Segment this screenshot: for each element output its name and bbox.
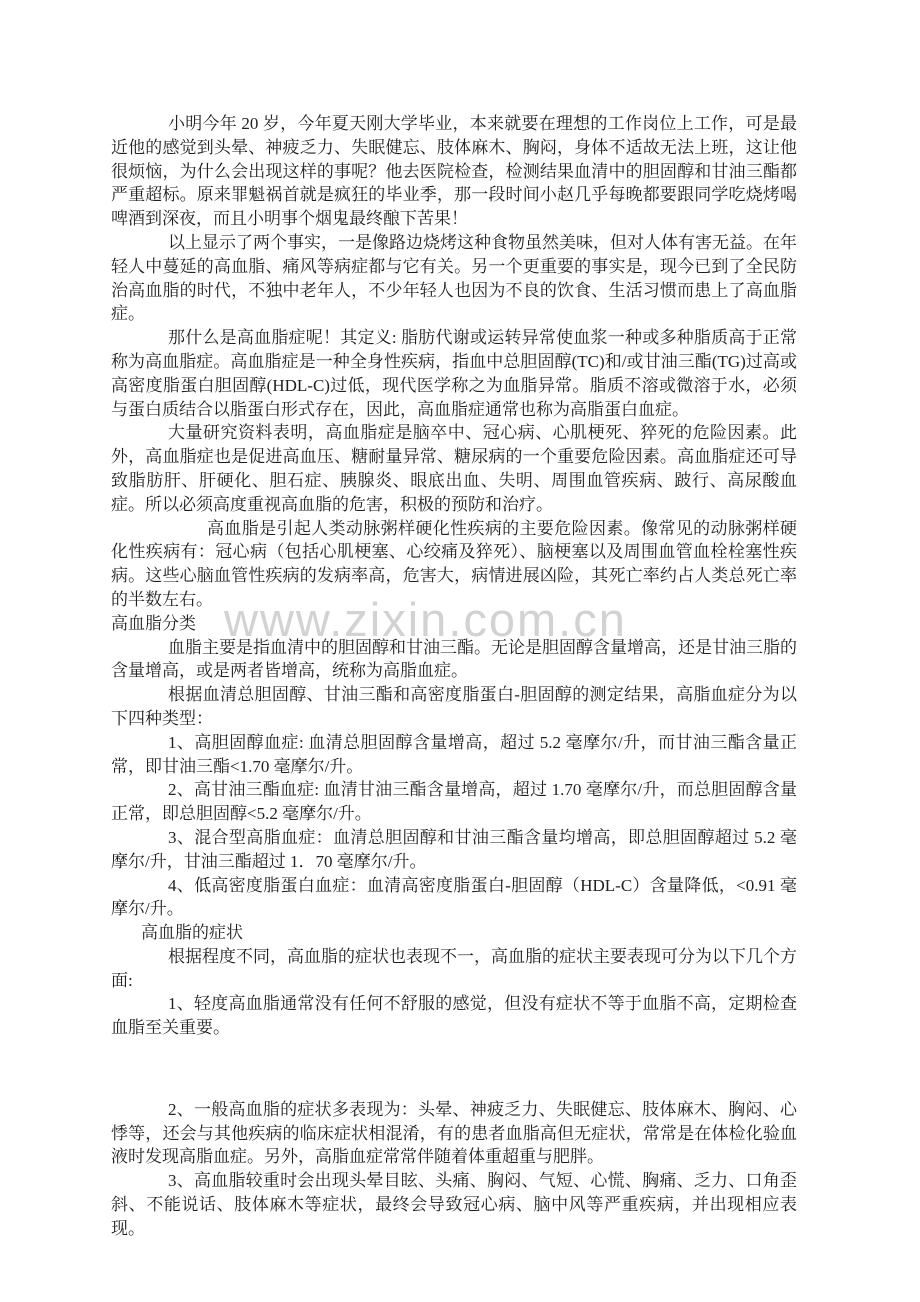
list-item-symptom-3: 3、高血脂较重时会出现头晕目眩、头痛、胸闷、气短、心慌、胸痛、乏力、口角歪斜、不… <box>111 1169 797 1240</box>
heading-symptoms: 高血脂的症状 <box>111 921 797 945</box>
paragraph-four-types-lead-in: 根据血清总胆固醇、甘油三酯和高密度脂蛋白-胆固醇的测定结果，高脂血症分为以下四种… <box>111 683 797 731</box>
document-page: www.zixin.com.cn 小明今年 20 岁，今年夏天刚大学毕业，本来就… <box>0 0 920 1302</box>
list-item-type-2: 2、高甘油三酯血症: 血清甘油三酯含量增高，超过 1.70 毫摩尔/升，而总胆固… <box>111 778 797 826</box>
list-item-type-3: 3、混合型高脂血症：血清总胆固醇和甘油三酯含量均增高，即总胆固醇超过 5.2 毫… <box>111 826 797 874</box>
heading-classification: 高血脂分类 <box>111 612 797 636</box>
paragraph-two-facts: 以上显示了两个事实，一是像路边烧烤这种食物虽然美味，但对人体有害无益。在年轻人中… <box>111 231 797 326</box>
blank-line <box>111 1057 797 1081</box>
paragraph-research-risks: 大量研究资料表明，高血脂症是脑卒中、冠心病、心肌梗死、猝死的危险因素。此外，高血… <box>111 421 797 516</box>
list-item-type-4: 4、低高密度脂蛋白血症：血清高密度脂蛋白-胆固醇（HDL-C）含量降低，<0.9… <box>111 874 797 922</box>
paragraph-blood-lipid-overview: 血脂主要是指血清中的胆固醇和甘油三酯。无论是胆固醇含量增高，还是甘油三脂的含量增… <box>111 636 797 684</box>
list-item-symptom-1: 1、轻度高血脂通常没有任何不舒服的感觉，但没有症状不等于血脂不高，定期检查血脂至… <box>111 992 797 1040</box>
paragraph-atherosclerosis: 高血脂是引起人类动脉粥样硬化性疾病的主要危险因素。像常见的动脉粥样硬化性疾病有：… <box>111 517 797 612</box>
list-item-type-1: 1、高胆固醇血症: 血清总胆固醇含量增高，超过 5.2 毫摩尔/升，而甘油三酯含… <box>111 731 797 779</box>
paragraph-symptoms-lead-in: 根据程度不同，高血脂的症状也表现不一，高血脂的症状主要表现可分为以下几个方面: <box>111 945 797 993</box>
list-item-symptom-2: 2、一般高血脂的症状多表现为：头晕、神疲乏力、失眠健忘、肢体麻木、胸闷、心悸等，… <box>111 1098 797 1169</box>
document-body: 小明今年 20 岁，今年夏天刚大学毕业，本来就要在理想的工作岗位上工作，可是最近… <box>111 112 797 1241</box>
paragraph-definition: 那什么是高血脂症呢！其定义: 脂肪代谢或运转异常使血浆一种或多种脂质高于正常称为… <box>111 326 797 421</box>
paragraph-intro-story: 小明今年 20 岁，今年夏天刚大学毕业，本来就要在理想的工作岗位上工作，可是最近… <box>111 112 797 231</box>
